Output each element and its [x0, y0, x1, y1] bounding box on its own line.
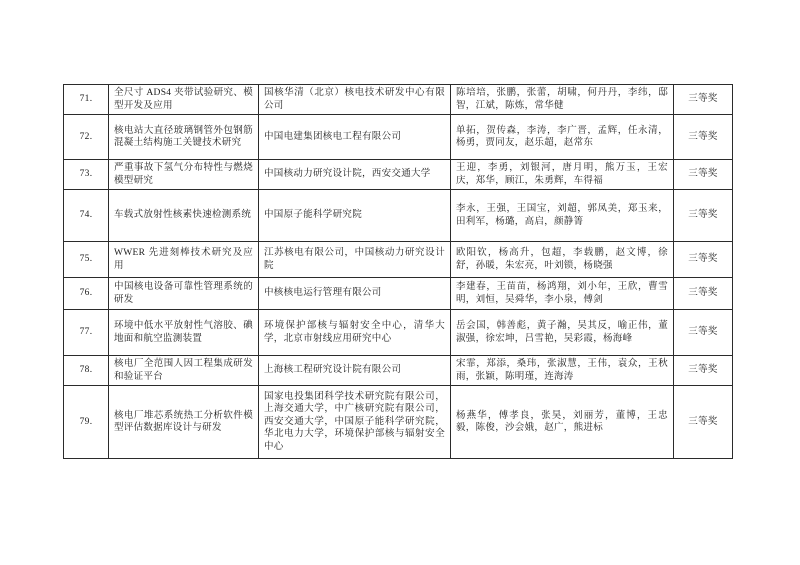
people-cell: 岳会国，韩善彪，黄子瀚，吴其反，喻正伟，董淑强，徐宏坤，吕雪艳，吴彩霞，杨海峰 — [451, 310, 674, 356]
award-cell: 三等奖 — [674, 310, 733, 356]
project-cell: 核电厂全范围人因工程集成研发和验证平台 — [109, 356, 259, 386]
org-cell: 中核核电运行管理有限公司 — [259, 278, 451, 310]
people-cell: 单拓，贺传森，李涛，李广晋，孟辉，任永清，杨勇，贾同友，赵乐超，赵常东 — [451, 115, 674, 160]
row-number-cell: 73. — [64, 160, 109, 190]
row-number-cell: 71. — [64, 85, 109, 115]
table-row: 77.环境中低水平放射性气溶胶、碘地面和航空监测装置环境保护部核与辐射安全中心，… — [64, 310, 733, 356]
project-cell: 中国核电设备可靠性管理系统的研发 — [109, 278, 259, 310]
org-cell: 国家电投集团科学技术研究院有限公司，上海交通大学，中广核研究院有限公司，西安交通… — [259, 386, 451, 459]
people-cell: 王迎，李勇，刘银河，唐月明，熊万玉，王宏庆，郑华，顾江，朱勇辉，车得福 — [451, 160, 674, 190]
row-number-cell: 79. — [64, 386, 109, 459]
project-cell: WWER 先进刻棒技术研究及应用 — [109, 242, 259, 278]
table-row: 73.严重事故下氢气分布特性与燃烧模型研究中国核动力研究设计院，西安交通大学王迎… — [64, 160, 733, 190]
people-cell: 杨燕华，傅孝良，张昊，刘丽芳，董博，王忠毅，陈俊，沙会娥，赵广，熊进标 — [451, 386, 674, 459]
people-cell: 宋霏，郑添，桑玮，张淑慧，王伟，袁众，王秋雨，张颖，陈明瑾，连海涛 — [451, 356, 674, 386]
table-row: 78.核电厂全范围人因工程集成研发和验证平台上海核工程研究设计院有限公司宋霏，郑… — [64, 356, 733, 386]
row-number-cell: 75. — [64, 242, 109, 278]
org-cell: 国核华清（北京）核电技术研发中心有限公司 — [259, 85, 451, 115]
award-cell: 三等奖 — [674, 115, 733, 160]
org-cell: 中国原子能科学研究院 — [259, 190, 451, 242]
org-cell: 江苏核电有限公司，中国核动力研究设计院 — [259, 242, 451, 278]
award-cell: 三等奖 — [674, 242, 733, 278]
award-cell: 三等奖 — [674, 85, 733, 115]
document-page: 71.全尺寸 ADS4 夹带试验研究、模型开发及应用国核华清（北京）核电技术研发… — [0, 0, 800, 565]
project-cell: 核电厂堆芯系统热工分析软件模型评估数据库设计与研发 — [109, 386, 259, 459]
row-number-cell: 78. — [64, 356, 109, 386]
awards-table: 71.全尺寸 ADS4 夹带试验研究、模型开发及应用国核华清（北京）核电技术研发… — [63, 84, 733, 459]
row-number-cell: 72. — [64, 115, 109, 160]
row-number-cell: 76. — [64, 278, 109, 310]
award-cell: 三等奖 — [674, 356, 733, 386]
award-cell: 三等奖 — [674, 386, 733, 459]
table-row: 76.中国核电设备可靠性管理系统的研发中核核电运行管理有限公司李建春，王苗苗，杨… — [64, 278, 733, 310]
table-row: 72.核电站大直径玻璃钢管外包钢筋混凝土结构施工关键技术研究中国电建集团核电工程… — [64, 115, 733, 160]
project-cell: 车载式放射性核素快速检测系统 — [109, 190, 259, 242]
project-cell: 环境中低水平放射性气溶胶、碘地面和航空监测装置 — [109, 310, 259, 356]
people-cell: 陈培培，张鹏，张蕾，胡啸，何丹丹，李纬，邸智，江斌，陈炼，常华健 — [451, 85, 674, 115]
org-cell: 环境保护部核与辐射安全中心，清华大学，北京市射线应用研究中心 — [259, 310, 451, 356]
table-row: 79.核电厂堆芯系统热工分析软件模型评估数据库设计与研发国家电投集团科学技术研究… — [64, 386, 733, 459]
people-cell: 李建春，王苗苗，杨鸿翔，刘小年，王欣，曹雪明，刘恒，吴舜华，李小泉，傅剑 — [451, 278, 674, 310]
people-cell: 李永，王强，王国宝，刘超，郭凤美，郑玉来，田利军，杨璐，高启，颜静箐 — [451, 190, 674, 242]
people-cell: 欧阳钦，杨高升，包超，李载鹏，赵文博，徐舒，孙暖，朱宏亮，叶刘锁，杨晓强 — [451, 242, 674, 278]
row-number-cell: 74. — [64, 190, 109, 242]
table-row: 75.WWER 先进刻棒技术研究及应用江苏核电有限公司，中国核动力研究设计院欧阳… — [64, 242, 733, 278]
table-row: 74.车载式放射性核素快速检测系统中国原子能科学研究院李永，王强，王国宝，刘超，… — [64, 190, 733, 242]
award-cell: 三等奖 — [674, 278, 733, 310]
table-row: 71.全尺寸 ADS4 夹带试验研究、模型开发及应用国核华清（北京）核电技术研发… — [64, 85, 733, 115]
row-number-cell: 77. — [64, 310, 109, 356]
project-cell: 核电站大直径玻璃钢管外包钢筋混凝土结构施工关键技术研究 — [109, 115, 259, 160]
award-cell: 三等奖 — [674, 190, 733, 242]
awards-table-body: 71.全尺寸 ADS4 夹带试验研究、模型开发及应用国核华清（北京）核电技术研发… — [64, 85, 733, 459]
awards-table-container: 71.全尺寸 ADS4 夹带试验研究、模型开发及应用国核华清（北京）核电技术研发… — [63, 84, 732, 459]
org-cell: 中国电建集团核电工程有限公司 — [259, 115, 451, 160]
org-cell: 上海核工程研究设计院有限公司 — [259, 356, 451, 386]
project-cell: 严重事故下氢气分布特性与燃烧模型研究 — [109, 160, 259, 190]
project-cell: 全尺寸 ADS4 夹带试验研究、模型开发及应用 — [109, 85, 259, 115]
org-cell: 中国核动力研究设计院，西安交通大学 — [259, 160, 451, 190]
award-cell: 三等奖 — [674, 160, 733, 190]
